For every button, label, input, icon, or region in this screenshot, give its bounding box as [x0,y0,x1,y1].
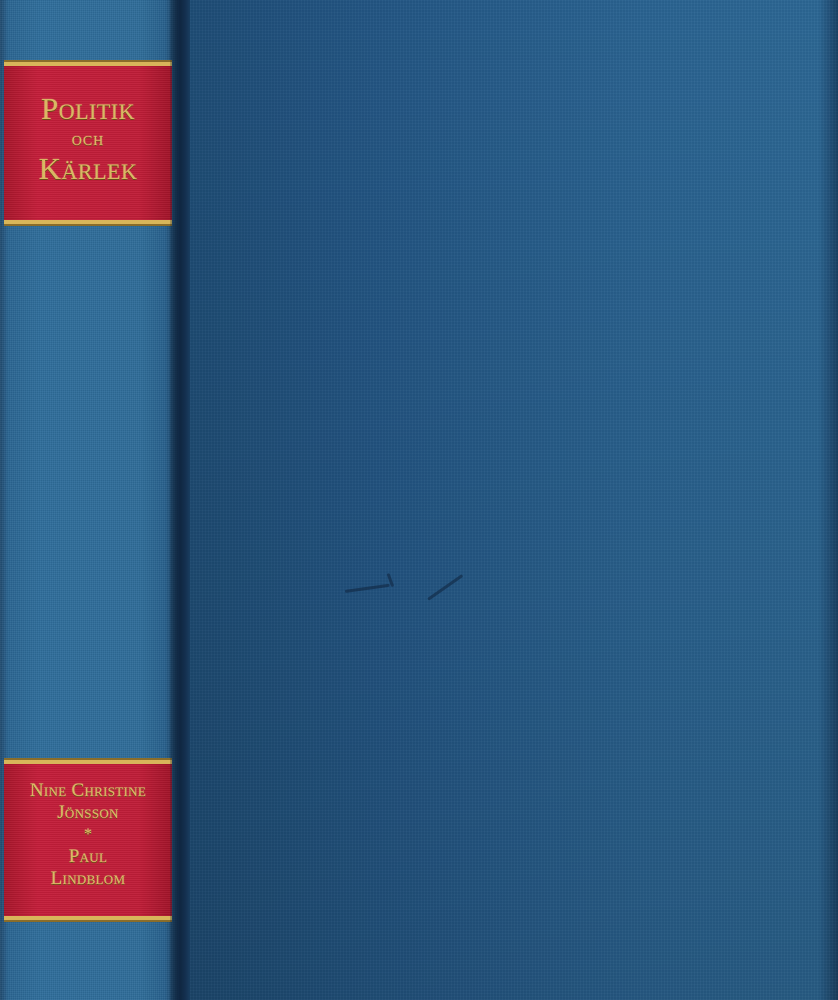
book: Politik och Kärlek Nine Christine Jönsso… [0,0,838,1000]
author2-line-2: Lindblom [4,868,172,890]
front-cover [190,0,838,1000]
spine-title-label: Politik och Kärlek [4,62,172,224]
book-spine: Politik och Kärlek Nine Christine Jönsso… [0,0,178,1000]
cover-scuff-mark [427,574,463,601]
author2-line-1: Paul [4,846,172,868]
spine-author-label: Nine Christine Jönsson * Paul Lindblom [4,760,172,920]
title-line-3: Kärlek [4,152,172,186]
title-line-2: och [4,126,172,152]
author1-line-2: Jönsson [4,802,172,824]
spine-hinge [170,0,192,1000]
author-separator: * [4,824,172,846]
title-line-1: Politik [4,92,172,126]
cover-scuff-mark [345,584,390,593]
author1-line-1: Nine Christine [4,780,172,802]
